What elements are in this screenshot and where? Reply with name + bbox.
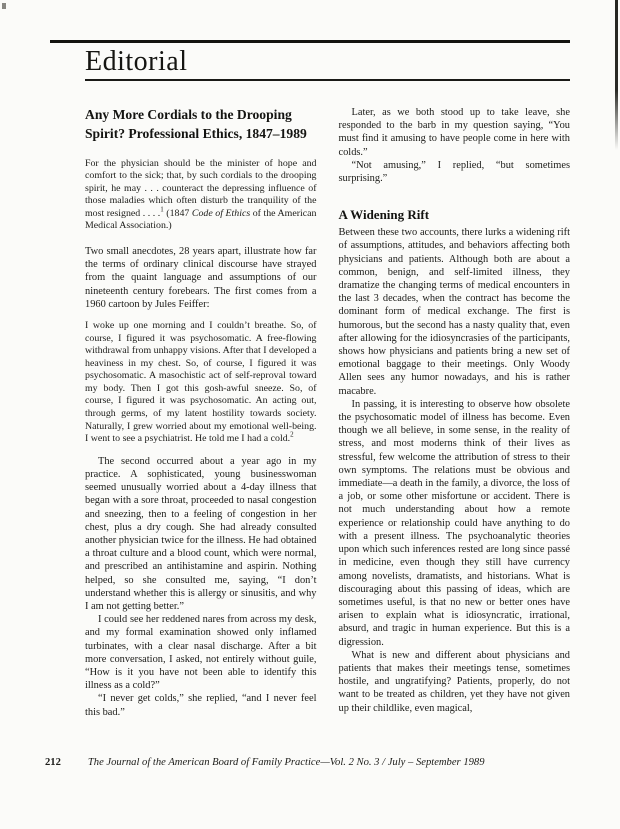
paragraph-rift-3: What is new and different about physicia… [339, 649, 571, 715]
page-header: Editorial [50, 0, 570, 81]
paragraph-leave-1: Later, as we both stood up to take leave… [339, 106, 571, 159]
scan-artifact [2, 3, 6, 9]
section-masthead: Editorial [85, 46, 570, 78]
paragraph-case-3: “I never get colds,” she replied, “and I… [85, 692, 317, 718]
epigraph-work-title: Code of Ethics [192, 208, 250, 219]
right-column: Later, as we both stood up to take leave… [339, 106, 571, 719]
article-body: Any More Cordials to the Drooping Spirit… [85, 106, 570, 719]
feiffer-quote: I woke up one morning and I couldn’t bre… [85, 320, 317, 446]
feiffer-quote-text: I woke up one morning and I couldn’t bre… [85, 320, 317, 444]
header-rule-thin [85, 79, 570, 81]
paragraph-leave-2: “Not amusing,” I replied, “but sometimes… [339, 159, 571, 185]
journal-citation: The Journal of the American Board of Fam… [88, 757, 485, 768]
epigraph: For the physician should be the minister… [85, 158, 317, 233]
page-footer: 212The Journal of the American Board of … [45, 757, 485, 768]
left-column: Any More Cordials to the Drooping Spirit… [85, 106, 317, 719]
subsection-heading-widening-rift: A Widening Rift [339, 207, 571, 223]
scan-artifact [615, 0, 618, 150]
footnote-ref-2: 2 [290, 431, 294, 439]
journal-page: Editorial Any More Cordials to the Droop… [0, 0, 620, 829]
paragraph-case-2: I could see her reddened nares from acro… [85, 613, 317, 692]
header-rule-thick [50, 40, 570, 43]
paragraph-rift-1: Between these two accounts, there lurks … [339, 226, 571, 398]
page-number: 212 [45, 757, 61, 768]
article-title: Any More Cordials to the Drooping Spirit… [85, 106, 317, 144]
epigraph-attribution-open: (1847 [164, 208, 192, 219]
paragraph-intro: Two small anecdotes, 28 years apart, ill… [85, 245, 317, 311]
paragraph-rift-2: In passing, it is interesting to observe… [339, 398, 571, 649]
paragraph-case-1: The second occurred about a year ago in … [85, 455, 317, 613]
